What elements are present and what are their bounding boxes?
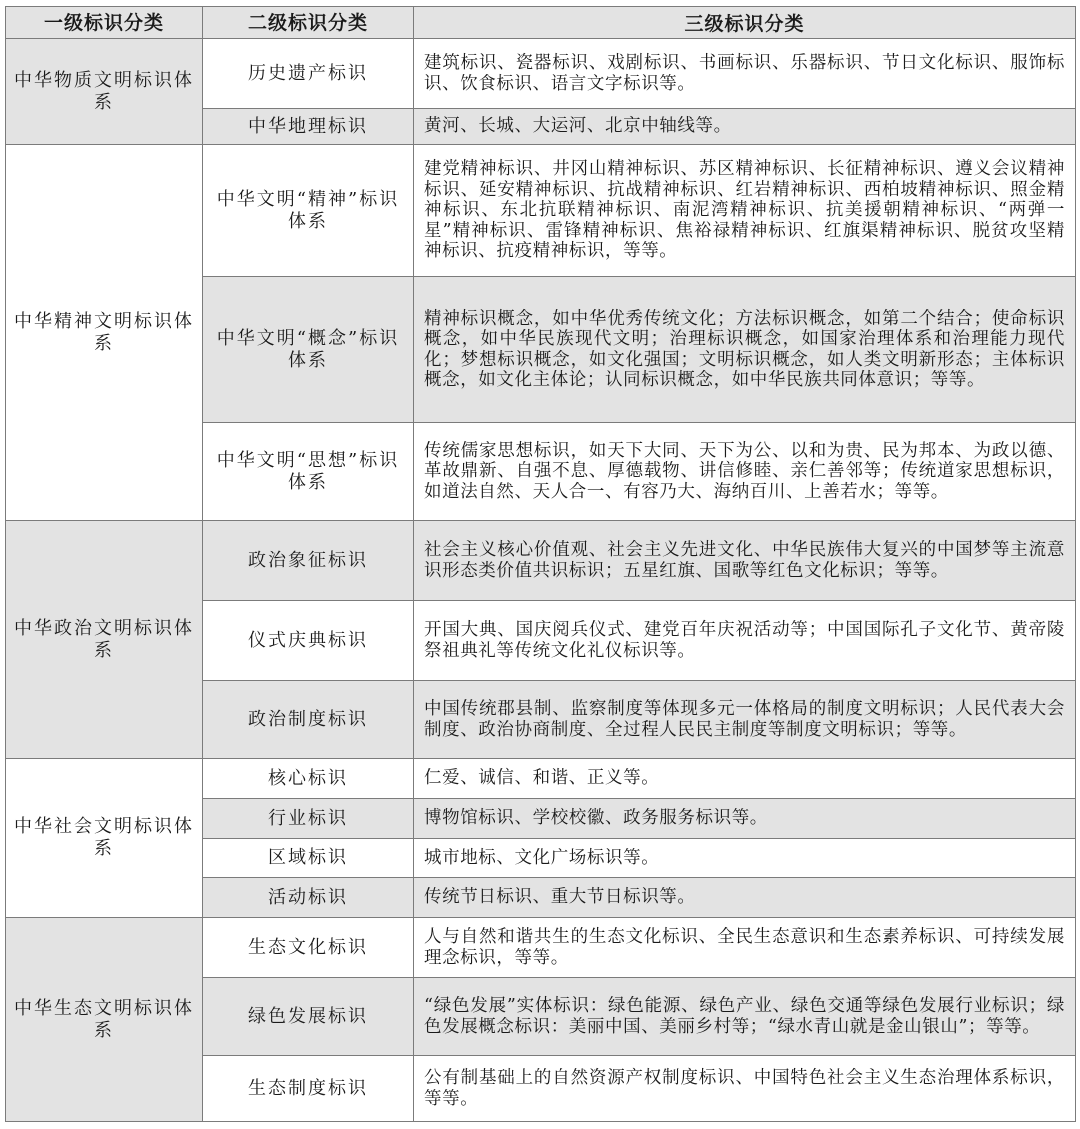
header-row: 一级标识分类 二级标识分类 三级标识分类: [6, 7, 1076, 39]
level2-cell: 行业标识: [203, 799, 414, 839]
level1-ecological: 中华生态文明标识体系: [6, 918, 203, 1122]
level2-cell: 中华文明“概念”标识体系: [203, 277, 414, 423]
level3-cell: 开国大典、国庆阅兵仪式、建党百年庆祝活动等；中国国际孔子文化节、黄帝陵祭祖典礼等…: [414, 601, 1076, 681]
level2-cell: 生态文化标识: [203, 918, 414, 978]
level3-cell: 精神标识概念，如中华优秀传统文化；方法标识概念，如第二个结合；使命标识概念，如中…: [414, 277, 1076, 423]
level3-cell: 公有制基础上的自然资源产权制度标识、中国特色社会主义生态治理体系标识，等等。: [414, 1056, 1076, 1122]
level3-cell: 博物馆标识、学校校徽、政务服务标识等。: [414, 799, 1076, 839]
table-row: 中华政治文明标识体系 政治象征标识 社会主义核心价值观、社会主义先进文化、中华民…: [6, 521, 1076, 601]
level2-cell: 政治象征标识: [203, 521, 414, 601]
level3-cell: 中国传统郡县制、监察制度等体现多元一体格局的制度文明标识；人民代表大会制度、政治…: [414, 681, 1076, 759]
header-level2: 二级标识分类: [203, 7, 414, 39]
level3-cell: 社会主义核心价值观、社会主义先进文化、中华民族伟大复兴的中国梦等主流意识形态类价…: [414, 521, 1076, 601]
level1-social: 中华社会文明标识体系: [6, 759, 203, 918]
header-level3: 三级标识分类: [414, 7, 1076, 39]
level2-cell: 仪式庆典标识: [203, 601, 414, 681]
level2-cell: 中华文明“精神”标识体系: [203, 145, 414, 277]
header-level1: 一级标识分类: [6, 7, 203, 39]
table-row: 中华生态文明标识体系 生态文化标识 人与自然和谐共生的生态文化标识、全民生态意识…: [6, 918, 1076, 978]
table-row: 中华精神文明标识体系 中华文明“精神”标识体系 建党精神标识、井冈山精神标识、苏…: [6, 145, 1076, 277]
level3-cell: 城市地标、文化广场标识等。: [414, 839, 1076, 878]
level2-cell: 活动标识: [203, 878, 414, 918]
level3-cell: 人与自然和谐共生的生态文化标识、全民生态意识和生态素养标识、可持续发展理念标识，…: [414, 918, 1076, 978]
level2-cell: 绿色发展标识: [203, 978, 414, 1056]
level3-cell: 建党精神标识、井冈山精神标识、苏区精神标识、长征精神标识、遵义会议精神标识、延安…: [414, 145, 1076, 277]
level3-cell: 仁爱、诚信、和谐、正义等。: [414, 759, 1076, 799]
level2-cell: 核心标识: [203, 759, 414, 799]
level2-cell: 历史遗产标识: [203, 39, 414, 109]
level3-cell: 传统节日标识、重大节日标识等。: [414, 878, 1076, 918]
level3-cell: “绿色发展”实体标识：绿色能源、绿色产业、绿色交通等绿色发展行业标识；绿色发展概…: [414, 978, 1076, 1056]
table-row: 中华物质文明标识体系 历史遗产标识 建筑标识、瓷器标识、戏剧标识、书画标识、乐器…: [6, 39, 1076, 109]
level2-cell: 中华地理标识: [203, 109, 414, 145]
level1-material: 中华物质文明标识体系: [6, 39, 203, 145]
level1-spiritual: 中华精神文明标识体系: [6, 145, 203, 521]
level2-cell: 政治制度标识: [203, 681, 414, 759]
level3-cell: 传统儒家思想标识，如天下大同、天下为公、以和为贵、民为邦本、为政以德、革故鼎新、…: [414, 423, 1076, 521]
level2-cell: 中华文明“思想”标识体系: [203, 423, 414, 521]
table-row: 中华社会文明标识体系 核心标识 仁爱、诚信、和谐、正义等。: [6, 759, 1076, 799]
level3-cell: 黄河、长城、大运河、北京中轴线等。: [414, 109, 1076, 145]
level2-cell: 生态制度标识: [203, 1056, 414, 1122]
level1-political: 中华政治文明标识体系: [6, 521, 203, 759]
level3-cell: 建筑标识、瓷器标识、戏剧标识、书画标识、乐器标识、节日文化标识、服饰标识、饮食标…: [414, 39, 1076, 109]
classification-table: 一级标识分类 二级标识分类 三级标识分类 中华物质文明标识体系 历史遗产标识 建…: [5, 6, 1076, 1122]
level2-cell: 区域标识: [203, 839, 414, 878]
